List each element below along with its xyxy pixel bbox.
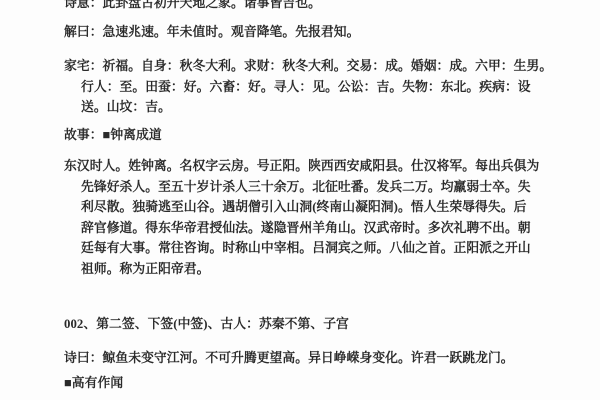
line-story-5: 廷每有大事。常往咨询。时称山中宰相。吕洞宾之师。八仙之首。正阳派之开山 [64,238,600,259]
line-sign2-section-heading: ■高有作闻 [64,373,600,394]
line-aspects-3: 送。山坟：吉。 [64,97,600,118]
line-aspects-2: 行人：至。田蚕：好。六畜：好。寻人：见。公讼：吉。失物：东北。疾病：设 [64,77,600,98]
line-story-6: 祖师。称为正阳帝君。 [64,259,600,280]
story-block: 东汉时人。姓钟离。名权字云房。号正阳。陕西西安咸阳县。仕汉将军。每出兵俱为 先锋… [64,156,600,280]
line-story-2: 先锋好杀人。至五十岁计杀人三十余万。北征吐番。发兵二万。均羸弱士卒。失 [64,177,600,198]
line-story-heading: 故事：■钟离成道 [64,125,600,146]
aspects-block: 家宅：祈福。自身：秋冬大利。求财：秋冬大利。交易：成。婚姻：成。六甲：生男。 行… [64,56,600,118]
document-page: 诗意：此卦盘古初开天地之象。诸事皆吉也。 解曰：急速兆速。年未值时。观音降笔。先… [0,0,600,400]
line-aspects-1: 家宅：祈福。自身：秋冬大利。求财：秋冬大利。交易：成。婚姻：成。六甲：生男。 [64,56,600,77]
line-story-1: 东汉时人。姓钟离。名权字云房。号正阳。陕西西安咸阳县。仕汉将军。每出兵俱为 [64,156,600,177]
line-story-3: 利尽散。独骑逃至山谷。遇胡僧引入山洞(终南山凝阳洞)。悟人生荣辱得失。后 [64,197,600,218]
line-sign2-header: 002、第二签、下签(中签)、古人：苏秦不第、子宫 [64,314,600,335]
line-story-4: 辞官修道。得东华帝君授仙法。遂隐晋州羊角山。汉武帝时。多次礼聘不出。朝 [64,218,600,239]
line-explanation: 解曰：急速兆速。年未值时。观音降笔。先报君知。 [64,22,600,43]
line-sign2-poem: 诗曰：鲸鱼未变守江河。不可升腾更望高。异日峥嵘身变化。许君一跃跳龙门。 [64,348,600,369]
line-poem-meaning: 诗意：此卦盘古初开天地之象。诸事皆吉也。 [64,0,600,14]
